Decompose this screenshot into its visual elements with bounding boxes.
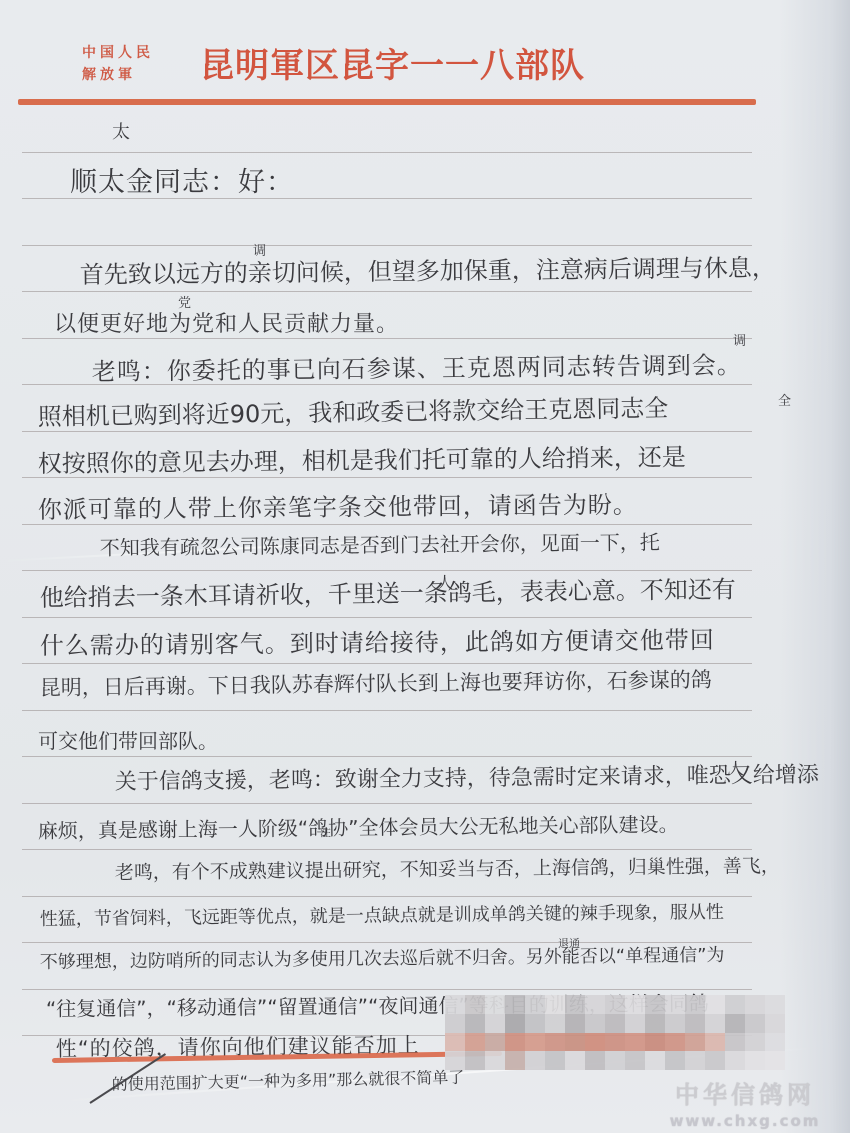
letter-line: 权按照你的意见去办理，相机是我们托可靠的人给捎来，还是 <box>38 437 686 479</box>
insertion-mark: 注 <box>320 824 331 840</box>
letter-line: 首先致以远方的亲切问候，但望多加保重，注意病后调理与休息， <box>80 248 776 290</box>
letter-paper: 中国人民 解放軍 昆明軍区昆字一一八部队 顺太金同志：好： 首先致以远方的亲切问… <box>0 0 850 1133</box>
letter-line: 不知我有疏忽公司陈康同志是否到门去社开会你，见面一下，托 <box>100 526 660 561</box>
letter-line: 老鸣，有个不成熟建议提出研究，不知妥当与否，上海信鸽，归巢性强，善飞， <box>115 851 780 885</box>
insertion-mark: 人 <box>728 756 744 779</box>
ruled-line <box>22 617 752 618</box>
letterhead: 中国人民 解放軍 昆明軍区昆字一一八部队 <box>0 0 850 110</box>
insertion-mark: 太 <box>112 118 130 144</box>
ruled-line <box>22 756 752 757</box>
insertion-mark: 人 <box>437 570 453 593</box>
letter-line: 关于信鸽支援，老鸣：致谢全力支持，待急需时定来请求，唯恐又给增添 <box>115 758 819 796</box>
letterhead-red-rule <box>18 99 756 105</box>
letter-line: 你派可靠的人带上你亲笔字条交他带回，请函告为盼。 <box>38 485 638 525</box>
letterhead-org-line1: 中国人民 <box>82 42 182 64</box>
ruled-line <box>22 152 752 153</box>
ruled-line <box>22 245 752 246</box>
ruled-line <box>22 849 752 850</box>
letter-line: 昆明，日后再谢。下日我队苏春辉付队长到上海也要拜访你，石参谋的鸽 <box>40 664 712 702</box>
insertion-mark: 全 <box>778 390 791 409</box>
letter-line: 什么需办的请别客气。到时请给接待，此鸽如方便请交他带回 <box>40 620 715 661</box>
letterhead-org-line2: 解放軍 <box>82 64 182 86</box>
insertion-mark: 退通 <box>558 935 580 951</box>
letter-salutation: 顺太金同志：好： <box>70 160 294 199</box>
watermark-url: www.chxg.com <box>645 1112 845 1130</box>
letter-line: 照相机已购到将近90元，我和政委已将款交给王克恩同志全 <box>38 388 669 432</box>
ruled-line <box>22 291 752 292</box>
insertion-mark: 党 <box>178 292 191 311</box>
letter-line: 不够理想，边防哨所的同志认为多使用几次去巡后就不归舍。另外能否以“单程通信”为 <box>40 941 725 974</box>
letter-line: 老鸣：你委托的事已向石参谋、王克恩两同志转告调到会。 <box>92 345 742 387</box>
insertion-mark: 调 <box>733 330 746 349</box>
insertion-mark: 调 <box>253 240 266 259</box>
site-watermark: 中华信鸽网 www.chxg.com <box>645 1075 845 1130</box>
ruled-line <box>22 803 752 804</box>
letterhead-org-small: 中国人民 解放軍 <box>82 42 182 86</box>
letter-line: 以便更好地为党和人民贡献力量。 <box>54 307 399 338</box>
ruled-line <box>22 338 752 339</box>
ruled-line <box>22 710 752 711</box>
ruled-line <box>22 896 752 897</box>
letterhead-unit-name: 昆明軍区昆字一一八部队 <box>200 38 585 87</box>
pixelated-redaction <box>445 995 785 1070</box>
letter-line: 性猛，节省饲料，飞远距等优点，就是一点缺点就是训成单鸽关键的辣手现象，服从性 <box>40 898 724 931</box>
letter-line: 他给捎去一条木耳请祈收，千里送一条鸽毛，表表心意。不知还有 <box>40 569 736 613</box>
letter-line: 麻烦，真是感谢上海一人阶级“鸽协”全体会员大公无私地关心部队建设。 <box>38 808 679 844</box>
ruled-line <box>22 431 752 432</box>
margin-note: 的使用范围扩大更“一种为多用”那么就很不简单了 <box>112 1065 465 1095</box>
letter-line: 可交他们带回部队。 <box>38 725 218 754</box>
watermark-title: 中华信鸽网 <box>645 1075 845 1110</box>
